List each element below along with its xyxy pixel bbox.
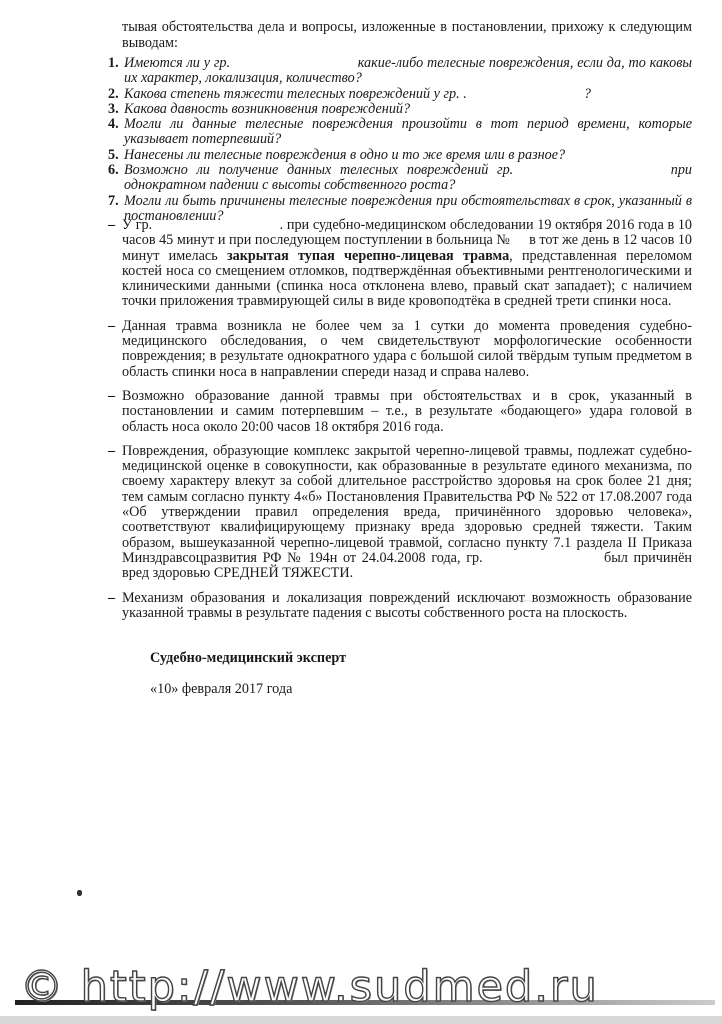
question-item: 2. Какова степень тяжести телесных повре… bbox=[108, 87, 692, 102]
question-item: 1. Имеются ли у гр. какие-либо телесные … bbox=[108, 56, 692, 87]
question-number: 4. bbox=[108, 117, 119, 132]
scan-artifact bbox=[77, 890, 82, 896]
conclusion-item: – Данная травма возникла не более чем за… bbox=[108, 319, 692, 380]
expert-signature: Судебно-медицинский эксперт bbox=[150, 650, 346, 667]
questions-list: 1. Имеются ли у гр. какие-либо телесные … bbox=[108, 56, 692, 224]
question-text: Могли ли данные телесные повреждения про… bbox=[124, 116, 692, 147]
question-item: 6. Возможно ли получение данных телесных… bbox=[108, 163, 692, 194]
question-text: Нанесены ли телесные повреждения в одно … bbox=[124, 147, 565, 163]
dash-bullet: – bbox=[108, 591, 115, 606]
conclusion-item: – У гр. . при судебно-медицинском обслед… bbox=[108, 218, 692, 310]
conclusion-text: Возможно образование данной травмы при о… bbox=[122, 388, 692, 435]
question-text: Какова степень тяжести телесных поврежде… bbox=[124, 86, 467, 102]
question-number: 2. bbox=[108, 87, 119, 102]
conclusion-text: У гр. bbox=[122, 217, 152, 233]
document-page: тывая обстоятельства дела и вопросы, изл… bbox=[0, 0, 722, 1024]
dash-bullet: – bbox=[108, 444, 115, 459]
question-item: 5. Нанесены ли телесные повреждения в од… bbox=[108, 148, 692, 163]
stamp-trace bbox=[470, 600, 560, 615]
dash-bullet: – bbox=[108, 389, 115, 404]
watermark: © http://www.sudmed.ru bbox=[20, 962, 599, 1012]
question-text: Имеются ли у гр. bbox=[124, 55, 230, 71]
dash-bullet: – bbox=[108, 319, 115, 334]
question-number: 5. bbox=[108, 148, 119, 163]
conclusion-item: – Повреждения, образующие комплекс закры… bbox=[108, 444, 692, 582]
question-number: 7. bbox=[108, 194, 119, 209]
conclusion-item: – Возможно образование данной травмы при… bbox=[108, 389, 692, 435]
question-text: ? bbox=[584, 86, 591, 102]
question-number: 3. bbox=[108, 102, 119, 117]
conclusion-text: Механизм образования и локализация повре… bbox=[122, 590, 692, 621]
question-text: Возможно ли получение данных телесных по… bbox=[124, 162, 513, 178]
question-item: 4. Могли ли данные телесные повреждения … bbox=[108, 117, 692, 148]
question-text: Какова давность возникновения повреждени… bbox=[124, 101, 410, 117]
conclusion-item: – Механизм образования и локализация пов… bbox=[108, 591, 692, 622]
conclusion-text: Данная травма возникла не более чем за 1… bbox=[122, 318, 692, 380]
scan-edge bbox=[0, 1016, 722, 1024]
question-item: 3. Какова давность возникновения поврежд… bbox=[108, 102, 692, 117]
document-date: «10» февраля 2017 года bbox=[150, 681, 292, 698]
diagnosis-bold: закрытая тупая черепно-лицевая травма bbox=[227, 248, 509, 264]
dash-bullet: – bbox=[108, 218, 115, 233]
conclusions-list: – У гр. . при судебно-медицинском обслед… bbox=[108, 218, 692, 630]
conclusion-text: Повреждения, образующие комплекс закрыто… bbox=[122, 443, 692, 566]
question-number: 1. bbox=[108, 56, 119, 71]
question-number: 6. bbox=[108, 163, 119, 178]
intro-paragraph: тывая обстоятельства дела и вопросы, изл… bbox=[122, 20, 692, 51]
